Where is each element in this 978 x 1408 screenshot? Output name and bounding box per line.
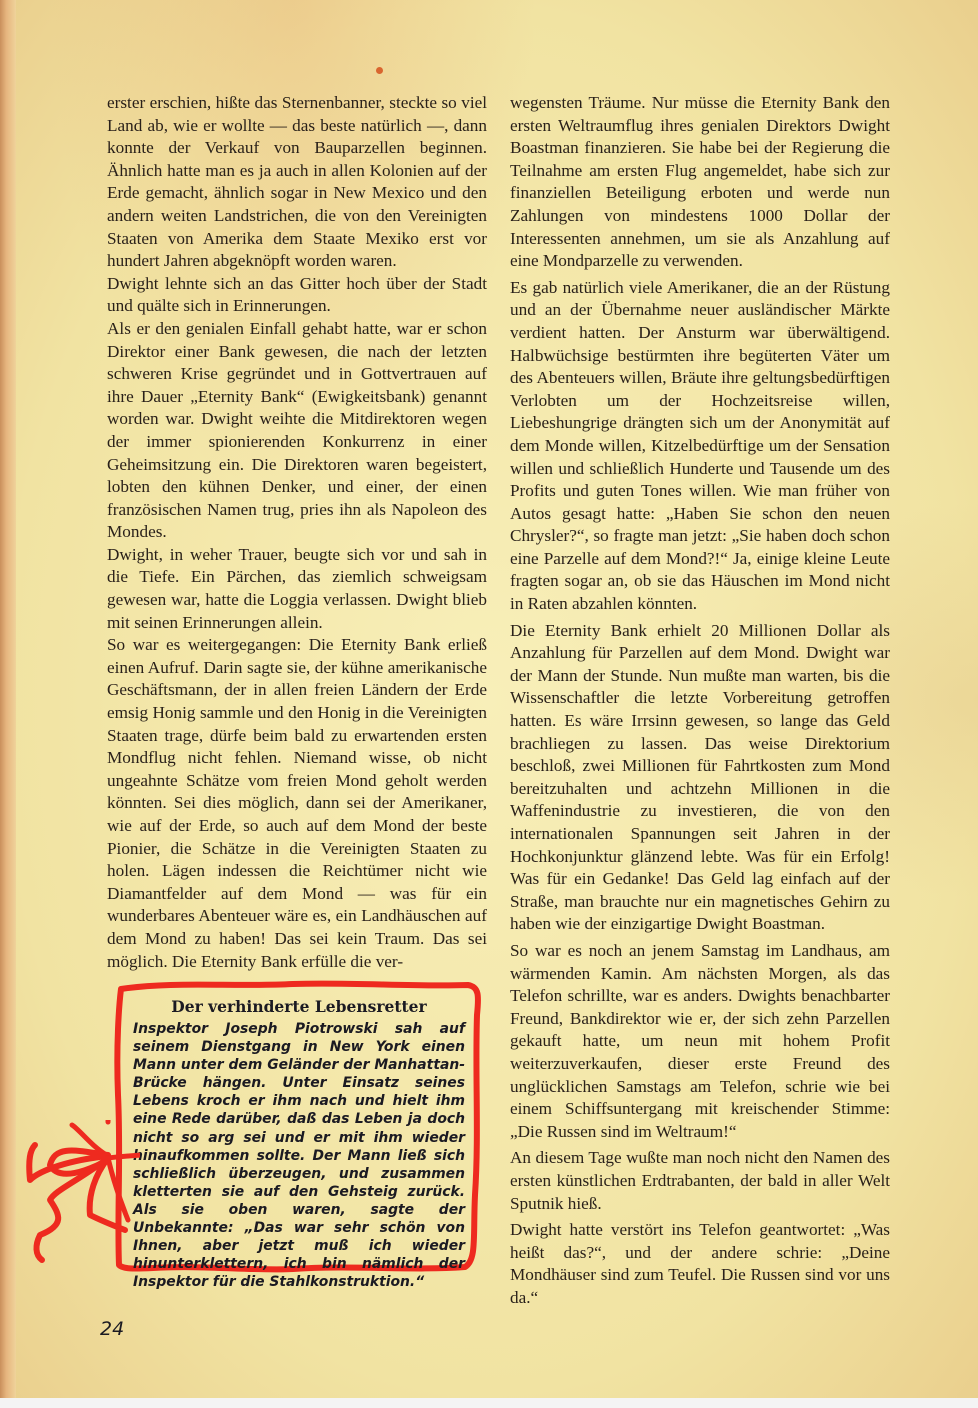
red-ribbon-bow-icon	[0, 1120, 140, 1280]
sidebar-text: Inspektor Joseph Piotrowski sah auf sein…	[133, 1020, 465, 1291]
right-text-column: wegensten Träume. Nur müsse die Eternity…	[510, 92, 890, 1309]
scan-bottom-edge	[0, 1398, 978, 1408]
paragraph: An diesem Tage wußte man noch nicht den …	[510, 1147, 890, 1215]
paragraph: wegensten Träume. Nur müsse die Eternity…	[510, 92, 890, 273]
paragraph: Als er den genialen Einfall gehabt hatte…	[107, 318, 487, 544]
page-number: 24	[100, 1318, 124, 1340]
paragraph: Es gab natürlich viele Amerikaner, die a…	[510, 277, 890, 616]
paragraph: So war es noch an jenem Samstag im Landh…	[510, 940, 890, 1143]
paragraph: erster erschien, hißte das Sternenbanner…	[107, 92, 487, 273]
paragraph: Dwight lehnte sich an das Gitter hoch üb…	[107, 273, 487, 318]
paragraph: Dwight, in weher Trauer, beugte sich vor…	[107, 544, 487, 634]
magazine-page: erster erschien, hißte das Sternenbanner…	[0, 0, 978, 1400]
left-text-column: erster erschien, hißte das Sternenbanner…	[107, 92, 487, 973]
ink-spot	[376, 67, 383, 74]
paragraph: Dwight hatte verstört ins Telefon geantw…	[510, 1219, 890, 1309]
sidebar-anecdote-box: Der verhinderte Lebensretter Inspektor J…	[113, 975, 483, 1277]
paragraph: Die Eternity Bank erhielt 20 Millionen D…	[510, 620, 890, 936]
paragraph: So war es weitergegangen: Die Eternity B…	[107, 634, 487, 973]
sidebar-title: Der verhinderte Lebensretter	[133, 997, 465, 1016]
